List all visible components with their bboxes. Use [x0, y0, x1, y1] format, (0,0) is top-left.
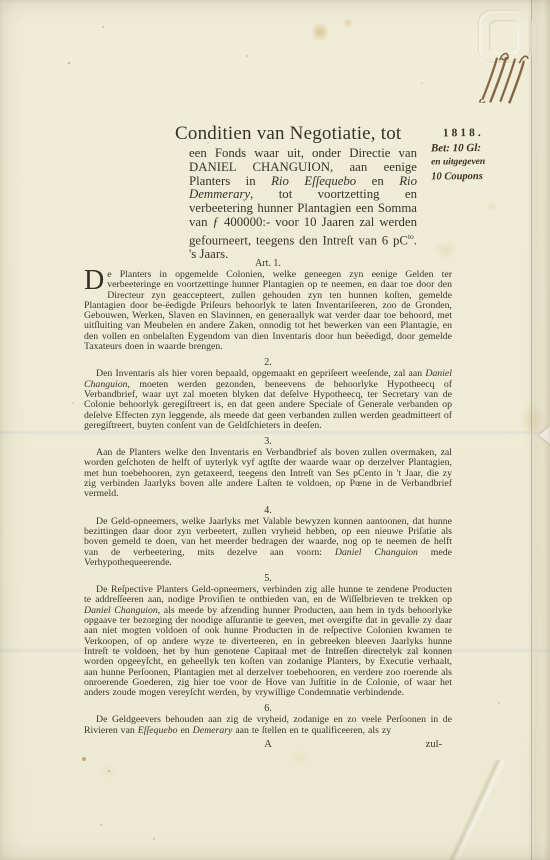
article-number: 4. — [84, 505, 452, 516]
article-section: 4. De Geld-opneemers, welke Jaarlyks met… — [84, 505, 452, 568]
article-text: Den Inventaris als hier voren bepaald, o… — [84, 369, 452, 431]
handwritten-line: Bet: 10 Gl: — [431, 140, 531, 155]
article-number: 3. — [84, 436, 452, 447]
corner-crease — [390, 760, 550, 860]
footer-row: A zul- — [84, 739, 452, 750]
handwritten-line: 10 Coupons — [431, 169, 531, 184]
article-text: Aan de Planters welke den Inventaris en … — [84, 448, 452, 499]
article-section: 2. Den Inventaris als hier voren bepaald… — [84, 357, 452, 431]
catchword: zul- — [426, 739, 442, 750]
article-number: Art. 1. — [84, 258, 452, 269]
ink-scribble-icon — [476, 45, 535, 106]
handwritten-line: en uitgegeven — [431, 155, 531, 170]
article-section: Art. 1. De Planters in opgemelde Colonie… — [84, 258, 452, 352]
article-text: De Reſpective Planters Geld-opneemers, v… — [84, 585, 452, 698]
article-section: 6. De Geldgeevers behouden aan zig de vr… — [84, 703, 452, 736]
article-text: De Planters in opgemelde Colonien, welke… — [84, 270, 452, 352]
document-title: Conditien van Negotiatie, tot een Fonds … — [175, 123, 419, 262]
document-body: Art. 1. De Planters in opgemelde Colonie… — [84, 258, 452, 750]
title-subtitle: een Fonds waar uit, onder Directie van D… — [189, 147, 417, 262]
paper-specks — [0, 0, 2, 2]
article-section: 3. Aan de Planters welke den Inventaris … — [84, 436, 452, 499]
article-number: 5. — [84, 573, 452, 584]
article-section: 5. De Reſpective Planters Geld-opneemers… — [84, 573, 452, 698]
article-number: 6. — [84, 703, 452, 714]
drop-cap: D — [84, 270, 107, 291]
article-number: 2. — [84, 357, 452, 368]
handwritten-note: 1818. Bet: 10 Gl: en uitgegeven 10 Coupo… — [431, 126, 532, 185]
article-text: De Geld-opneemers, welke Jaarlyks met Va… — [84, 517, 452, 568]
title-main-line: Conditien van Negotiatie, tot — [175, 123, 419, 145]
signature-mark: A — [264, 739, 272, 750]
article-text: De Geldgeevers behouden aan zig de vryhe… — [84, 715, 452, 736]
articles: Art. 1. De Planters in opgemelde Colonie… — [84, 258, 452, 736]
handwritten-year: 1818. — [431, 126, 531, 141]
edge-tear-notch — [539, 426, 550, 444]
